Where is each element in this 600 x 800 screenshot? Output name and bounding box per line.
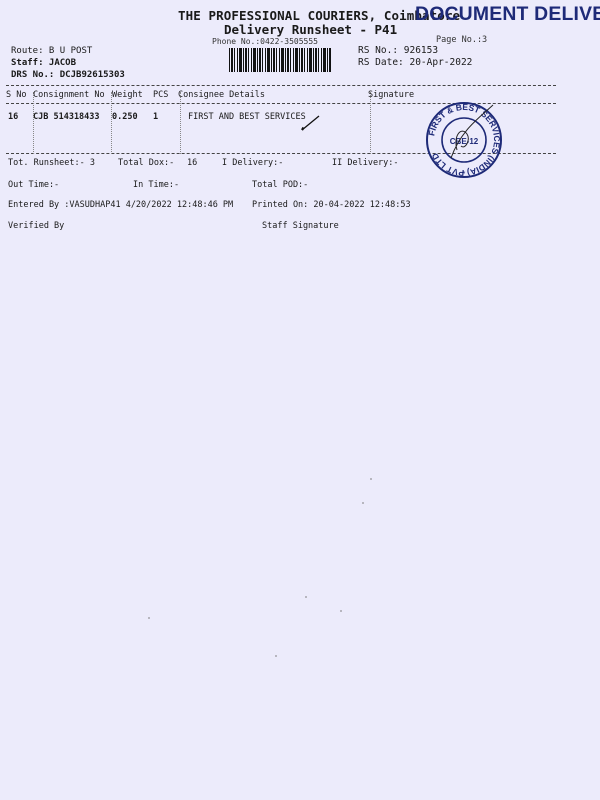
cell-consignee: FIRST AND BEST SERVICES [188, 112, 306, 122]
route-label: Route: B U POST [11, 46, 92, 56]
column-divider [180, 92, 181, 154]
table-top-rule [6, 85, 556, 86]
scan-speck [305, 596, 307, 598]
col-weight: Weight [112, 90, 143, 100]
total-dox-label: Total Dox:- [118, 158, 174, 168]
col-pcs: PCS [153, 90, 168, 100]
col-consignment-no: Consignment No [33, 90, 105, 100]
rs-date: RS Date: 20-Apr-2022 [358, 57, 472, 68]
column-divider [111, 92, 112, 154]
verified-by: Verified By [8, 221, 64, 231]
pen-tick-icon [300, 114, 322, 132]
runsheet-title: Delivery Runsheet - P41 [224, 22, 397, 37]
barcode-icon [229, 48, 331, 72]
col-signature: Signature [368, 90, 414, 100]
cell-pcs: 1 [153, 112, 158, 122]
scan-speck [370, 478, 372, 480]
entered-by: Entered By :VASUDHAP41 4/20/2022 12:48:4… [8, 200, 233, 210]
out-time: Out Time:- [8, 180, 59, 190]
scan-speck [340, 610, 342, 612]
phone-number: Phone No.:0422-3505555 [212, 37, 318, 46]
company-seal-stamp: FIRST & BEST SERVICES (INDIA) PVT LTD CB… [421, 100, 507, 180]
svg-text:CBE-12: CBE-12 [450, 137, 479, 146]
document-delivery-stamp: DOCUMENT DELIVERY [415, 4, 600, 26]
col-s-no: S No [6, 90, 26, 100]
total-dox-value: 16 [187, 158, 197, 168]
scan-speck [275, 655, 277, 657]
rs-number: RS No.: 926153 [358, 45, 438, 56]
cell-consignment-no: CJB 514318433 [33, 112, 100, 122]
in-time: In Time:- [133, 180, 179, 190]
scan-speck [362, 502, 364, 504]
column-divider [370, 92, 371, 154]
page-number: Page No.:3 [436, 35, 487, 45]
column-divider [33, 92, 34, 154]
scan-speck [148, 617, 150, 619]
first-delivery: I Delivery:- [222, 158, 283, 168]
second-delivery: II Delivery:- [332, 158, 399, 168]
col-consignee-details: Consignee Details [178, 90, 265, 100]
svg-text:*: * [463, 171, 466, 178]
cell-weight: 0.250 [112, 112, 138, 122]
total-pod: Total POD:- [252, 180, 308, 190]
printed-on: Printed On: 20-04-2022 12:48:53 [252, 200, 411, 210]
staff-label: Staff: JACOB [11, 58, 76, 68]
cell-s-no: 16 [8, 112, 18, 122]
total-runsheet: Tot. Runsheet:- 3 [8, 158, 95, 168]
drs-number: DRS No.: DCJB92615303 [11, 70, 125, 80]
staff-signature: Staff Signature [262, 221, 339, 231]
